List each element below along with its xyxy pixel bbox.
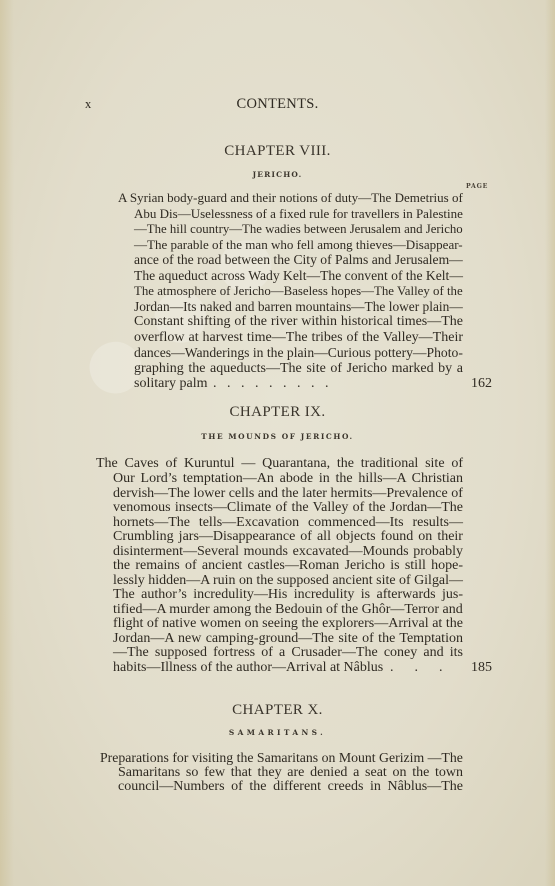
page-edge-shadow-right xyxy=(545,0,555,886)
summary-line: —The hill country—The wadies between Jer… xyxy=(134,221,463,237)
page-column-label: PAGE xyxy=(466,183,488,190)
summary-line: Crumbling jars—Disappearance of all obje… xyxy=(113,529,463,545)
chapter-heading: CHAPTER X. xyxy=(0,702,555,719)
page-reference: 162 xyxy=(471,376,492,392)
summary-line: council—Numbers of the different creeds … xyxy=(118,779,463,795)
summary-line: Our Lord’s temptation—An abode in the hi… xyxy=(113,471,463,487)
chapter-subtitle: THE MOUNDS OF JERICHO. xyxy=(0,432,555,441)
page-edge-shadow-left xyxy=(0,0,14,886)
summary-line: ance of the road between the City of Pal… xyxy=(134,252,463,268)
summary-line: dances—Wanderings in the plain—Curious p… xyxy=(134,345,463,361)
summary-line: graphing the aqueducts—The site of Jeric… xyxy=(134,361,463,377)
dot-leader: . . . xyxy=(390,660,443,676)
summary-line: Constant shifting of the river within hi… xyxy=(134,314,463,330)
summary-line: The author’s incredulity—His incredulity… xyxy=(113,587,463,603)
running-title: CONTENTS. xyxy=(0,96,555,113)
summary-line: flight of native women on seeing the exp… xyxy=(113,616,463,632)
summary-line: Abu Dis—Uselessness of a fixed rule for … xyxy=(134,206,463,222)
summary-line: The aqueduct across Wady Kelt—The conven… xyxy=(134,268,463,284)
summary-line: The atmosphere of Jericho—Baseless hopes… xyxy=(134,283,463,299)
summary-line: Preparations for visiting the Samaritans… xyxy=(100,750,463,766)
summary-line: —The supposed fortress of a Crusader—The… xyxy=(113,645,463,661)
page-reference: 185 xyxy=(471,660,492,676)
dot-leader: . . . . . . . . . xyxy=(213,376,329,392)
summary-line: habits—Illness of the author—Arrival at … xyxy=(113,660,383,676)
summary-line: the remains of ancient castles—Roman Jer… xyxy=(113,558,463,574)
summary-line: venomous insects—Climate of the Valley o… xyxy=(113,500,463,516)
summary-line: solitary palm xyxy=(134,376,208,392)
chapter-subtitle: JERICHO. xyxy=(0,170,555,179)
summary-line: —The parable of the man who fell among t… xyxy=(134,237,463,253)
summary-line: overflow at harvest time—The tribes of t… xyxy=(134,330,463,346)
chapter-heading: CHAPTER IX. xyxy=(0,404,555,421)
summary-line: A Syrian body-guard and their notions of… xyxy=(118,190,463,206)
chapter-subtitle: SAMARITANS. xyxy=(0,728,555,737)
summary-line: Jordan—Its naked and barren mountains—Th… xyxy=(134,299,463,315)
summary-line: The Caves of Kuruntul — Quarantana, the … xyxy=(96,456,463,472)
chapter-heading: CHAPTER VIII. xyxy=(0,143,555,160)
